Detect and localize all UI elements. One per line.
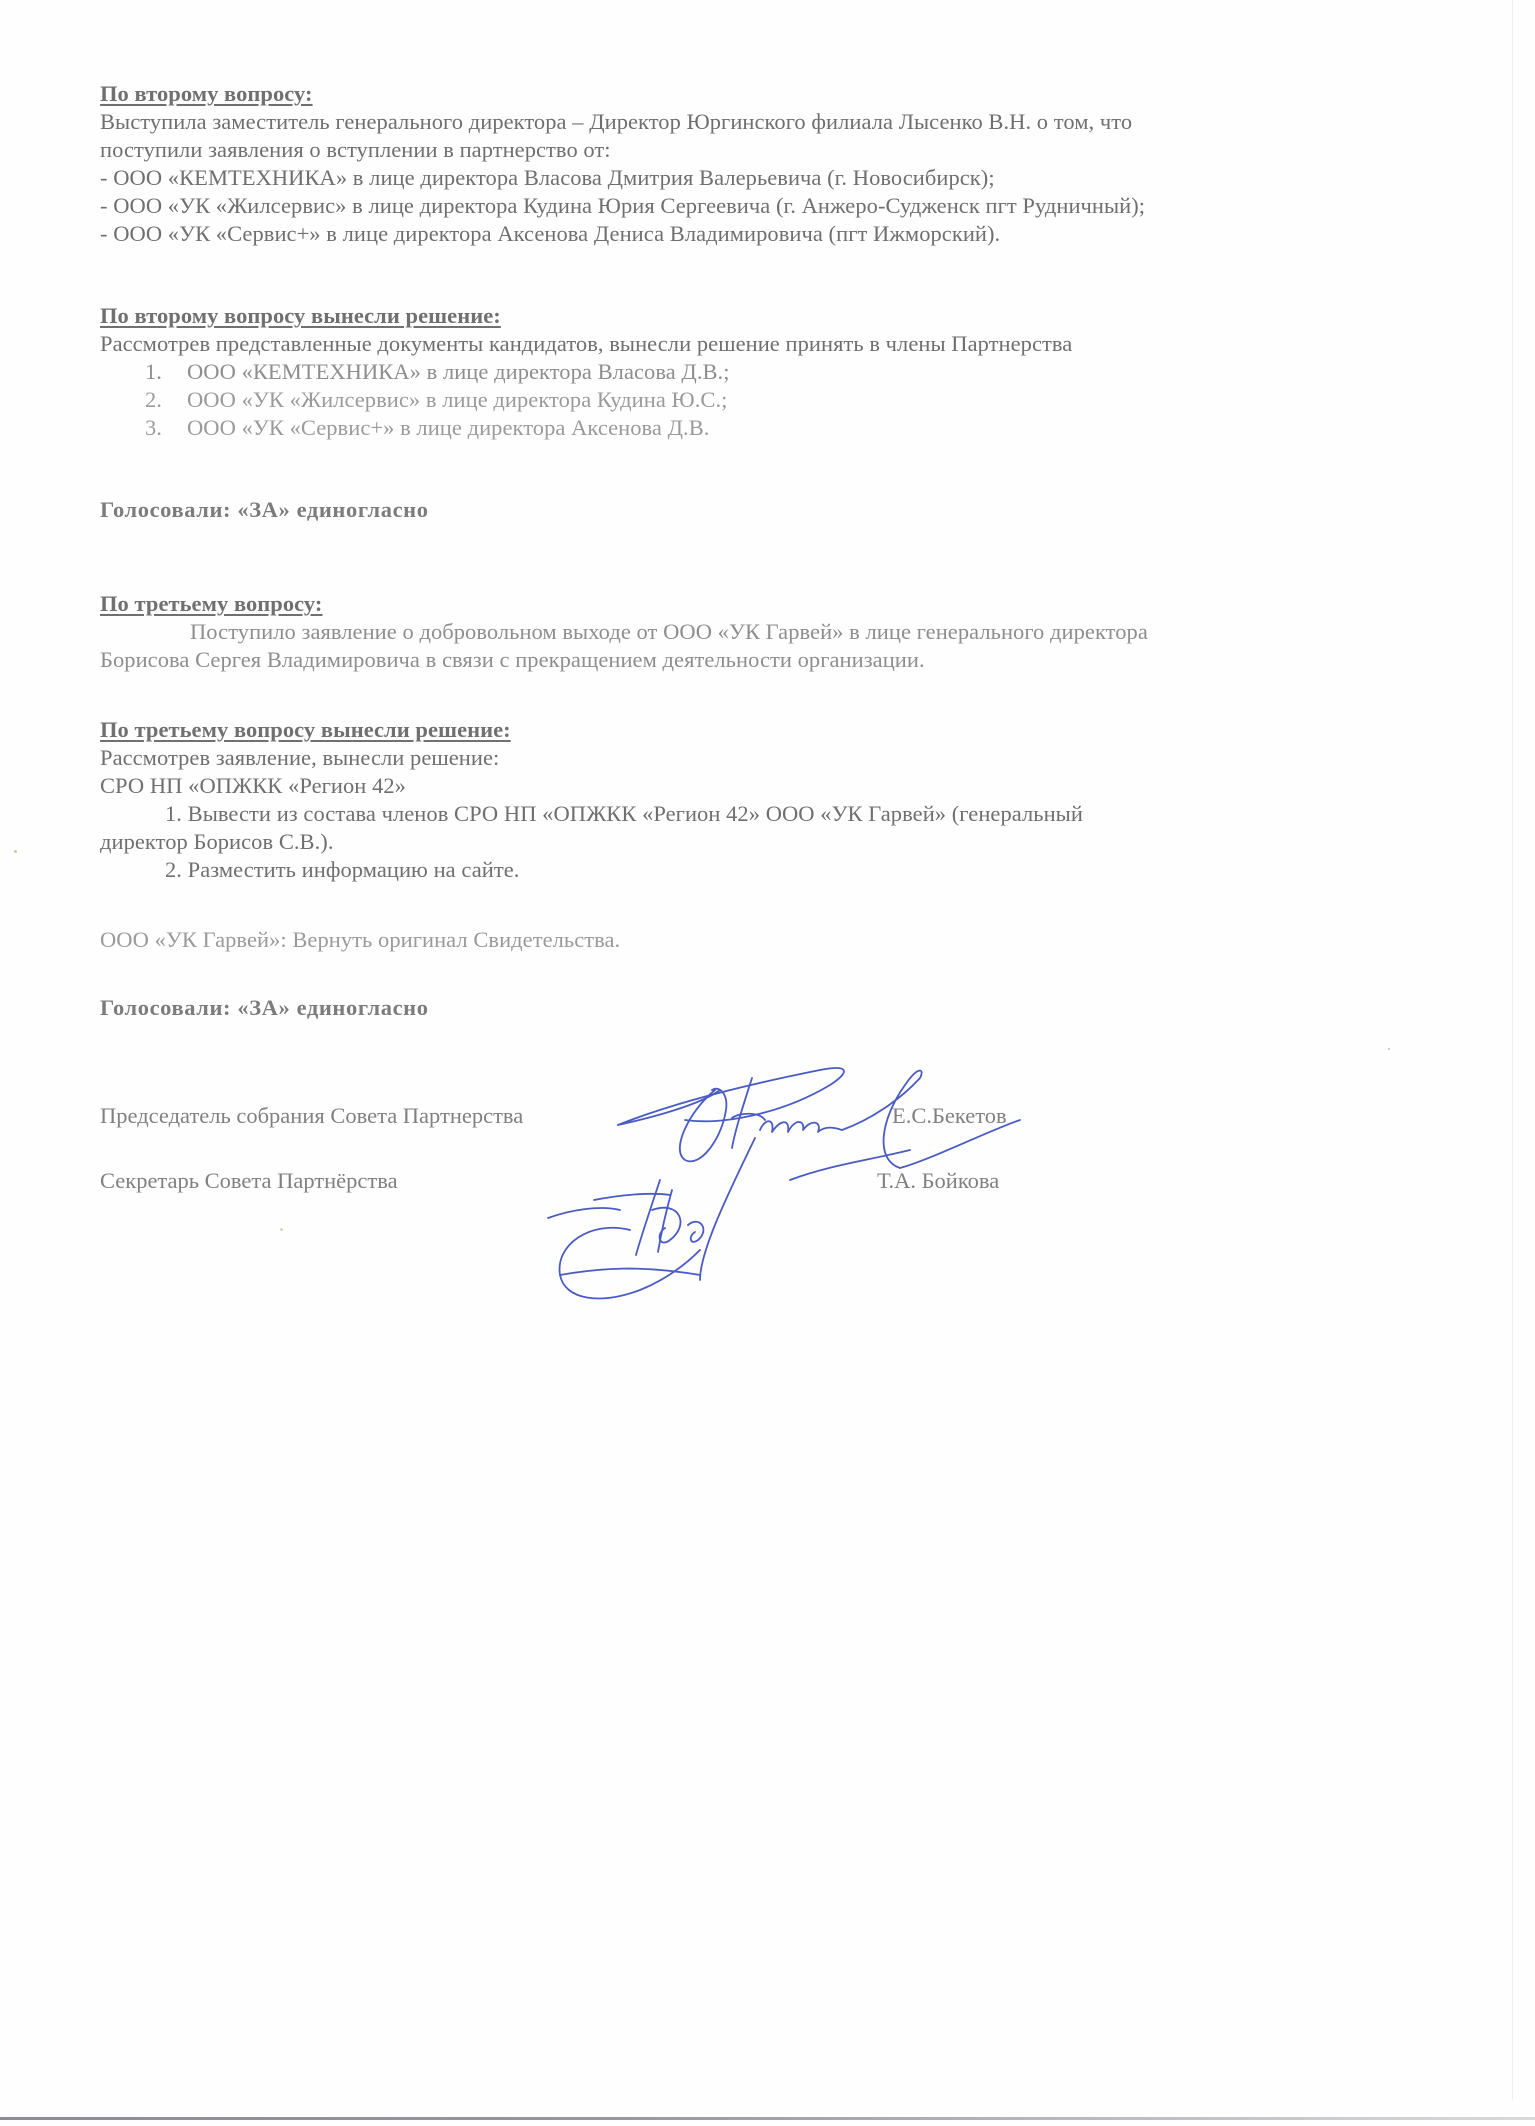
list-number: 3.: [145, 414, 187, 442]
section3-text-line2: Борисова Сергея Владимировича в связи с …: [100, 646, 925, 674]
section3-decision-heading: По третьему вопросу вынесли решение:: [100, 716, 511, 744]
section3-decision-intro: Рассмотрев заявление, вынесли решение:: [100, 744, 499, 772]
secretary-signature-icon: [548, 1138, 755, 1298]
scan-speck: [14, 850, 17, 853]
decision-item-1-line2: директор Борисов С.В.).: [100, 828, 334, 856]
section2-decision-heading: По второму вопросу вынесли решение:: [100, 302, 501, 330]
section2-vote-result: Голосовали: «ЗА» единогласно: [100, 496, 429, 524]
scan-edge-right: [1512, 0, 1513, 2100]
applicant-item: - ООО «УК «Сервис+» в лице директора Акс…: [100, 220, 1000, 248]
chair-name: Е.С.Бекетов: [892, 1102, 1007, 1130]
scan-edge-bottom: [0, 2117, 1535, 2120]
decision-list-item: 2.ООО «УК «Жилсервис» в лице директора К…: [145, 386, 727, 414]
applicant-item: - ООО «УК «Жилсервис» в лице директора К…: [100, 192, 1145, 220]
section3-vote-result: Голосовали: «ЗА» единогласно: [100, 994, 429, 1022]
section2-intro-line2: поступили заявления о вступлении в партн…: [100, 136, 611, 164]
section2-intro-line1: Выступила заместитель генерального дирек…: [100, 108, 1132, 136]
section3-heading: По третьему вопросу:: [100, 590, 322, 618]
section2-heading: По второму вопросу:: [100, 80, 313, 108]
applicant-item: - ООО «КЕМТЕХНИКА» в лице директора Влас…: [100, 164, 995, 192]
secretary-name: Т.А. Бойкова: [877, 1167, 999, 1195]
list-text: ООО «УК «Сервис+» в лице директора Аксен…: [187, 415, 709, 440]
list-number: 2.: [145, 386, 187, 414]
decision-item-1-line1: 1. Вывести из состава членов СРО НП «ОПЖ…: [165, 800, 1083, 828]
list-text: ООО «УК «Жилсервис» в лице директора Куд…: [187, 387, 727, 412]
decision-item-2: 2. Разместить информацию на сайте.: [165, 856, 519, 884]
scan-speck: [280, 1228, 283, 1231]
section3-text-line1: Поступило заявление о добровольном выход…: [190, 618, 1148, 646]
decision-list-item: 1.ООО «КЕМТЕХНИКА» в лице директора Влас…: [145, 358, 730, 386]
decision-list-item: 3.ООО «УК «Сервис+» в лице директора Акс…: [145, 414, 709, 442]
organization-name: СРО НП «ОПЖКК «Регион 42»: [100, 772, 406, 800]
secretary-role-label: Секретарь Совета Партнёрства: [100, 1167, 398, 1195]
document-page: По второму вопросу: Выступила заместител…: [0, 0, 1535, 2126]
list-number: 1.: [145, 358, 187, 386]
section3-note: ООО «УК Гарвей»: Вернуть оригинал Свидет…: [100, 926, 620, 954]
chair-role-label: Председатель собрания Совета Партнерства: [100, 1102, 523, 1130]
section2-decision-intro: Рассмотрев представленные документы канд…: [100, 330, 1072, 358]
scan-speck: [1388, 1048, 1390, 1050]
list-text: ООО «КЕМТЕХНИКА» в лице директора Власов…: [187, 359, 730, 384]
